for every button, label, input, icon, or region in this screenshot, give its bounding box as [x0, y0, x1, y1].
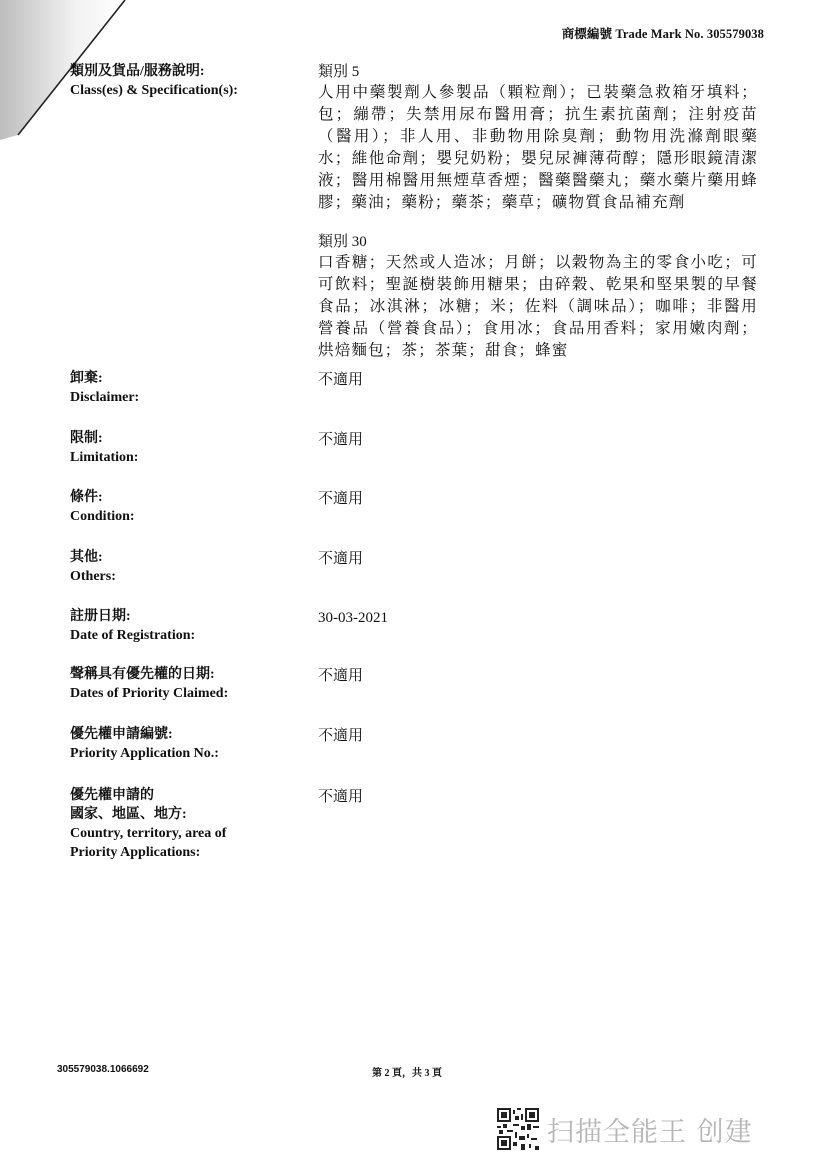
field-label-en: Disclaimer: [70, 388, 310, 407]
field-value: 不適用 [318, 665, 758, 687]
field-value: 30-03-2021 [318, 607, 758, 629]
field-label-zh: 聲稱具有優先權的日期: [70, 665, 310, 684]
class-specification: 人用中藥製劑人參製品（顆粒劑）；已裝藥急救箱牙填料；包；繃帶；失禁用尿布醫用膏；… [318, 82, 758, 214]
class-specification: 口香糖；天然或人造冰；月餅；以穀物為主的零食小吃；可可飲料；聖誕樹裝飾用糖果；由… [318, 252, 758, 362]
field-label-zh: 其他: [70, 548, 310, 567]
field-label-en: Priority Application No.: [70, 744, 310, 763]
classes-label: 類別及貨品/服務說明: Class(es) & Specification(s)… [70, 62, 310, 100]
field-value: 不適用 [318, 369, 758, 391]
document-reference: 305579038.1066692 [57, 1064, 149, 1075]
field-value: 不適用 [318, 488, 758, 510]
class-item: 類別 5 人用中藥製劑人參製品（顆粒劑）；已裝藥急救箱牙填料；包；繃帶；失禁用尿… [318, 62, 758, 214]
class-title: 類別 30 [318, 232, 758, 252]
field-value: 不適用 [318, 548, 758, 570]
field-label-en: Limitation: [70, 448, 310, 467]
class-item: 類別 30 口香糖；天然或人造冰；月餅；以穀物為主的零食小吃；可可飲料；聖誕樹裝… [318, 232, 758, 362]
field-value: 不適用 [318, 725, 758, 747]
field-label-zh: 優先權申請的 [70, 786, 310, 805]
classes-list: 類別 5 人用中藥製劑人參製品（顆粒劑）；已裝藥急救箱牙填料；包；繃帶；失禁用尿… [318, 62, 758, 380]
trade-mark-number: 商標編號 Trade Mark No. 305579038 [562, 24, 764, 42]
qr-code-icon [497, 1108, 539, 1150]
field-label-en: Others: [70, 567, 310, 586]
field-label-en: Dates of Priority Claimed: [70, 684, 310, 703]
classes-label-en: Class(es) & Specification(s): [70, 81, 310, 100]
field-label-zh: 註册日期: [70, 607, 310, 626]
field-label-en: Country, territory, area of [70, 824, 310, 843]
field-label-zh: 條件: [70, 488, 310, 507]
field-label-en-line2: Priority Applications: [70, 843, 310, 862]
scanner-watermark: 扫描全能王 创建 [497, 1108, 753, 1150]
field-label-en: Condition: [70, 507, 310, 526]
field-label-zh: 優先權申請編號: [70, 725, 310, 744]
field-label-zh-line2: 國家、地區、地方: [70, 805, 310, 824]
field-label-zh: 限制: [70, 429, 310, 448]
field-value: 不適用 [318, 429, 758, 451]
field-value: 不適用 [318, 786, 758, 808]
class-title: 類別 5 [318, 62, 758, 82]
page-number: 第 2 頁，共 3 頁 [372, 1064, 442, 1079]
field-label-en: Date of Registration: [70, 626, 310, 645]
watermark-text: 扫描全能王 创建 [547, 1110, 753, 1149]
classes-label-zh: 類別及貨品/服務說明: [70, 62, 310, 81]
field-label-zh: 卸棄: [70, 369, 310, 388]
